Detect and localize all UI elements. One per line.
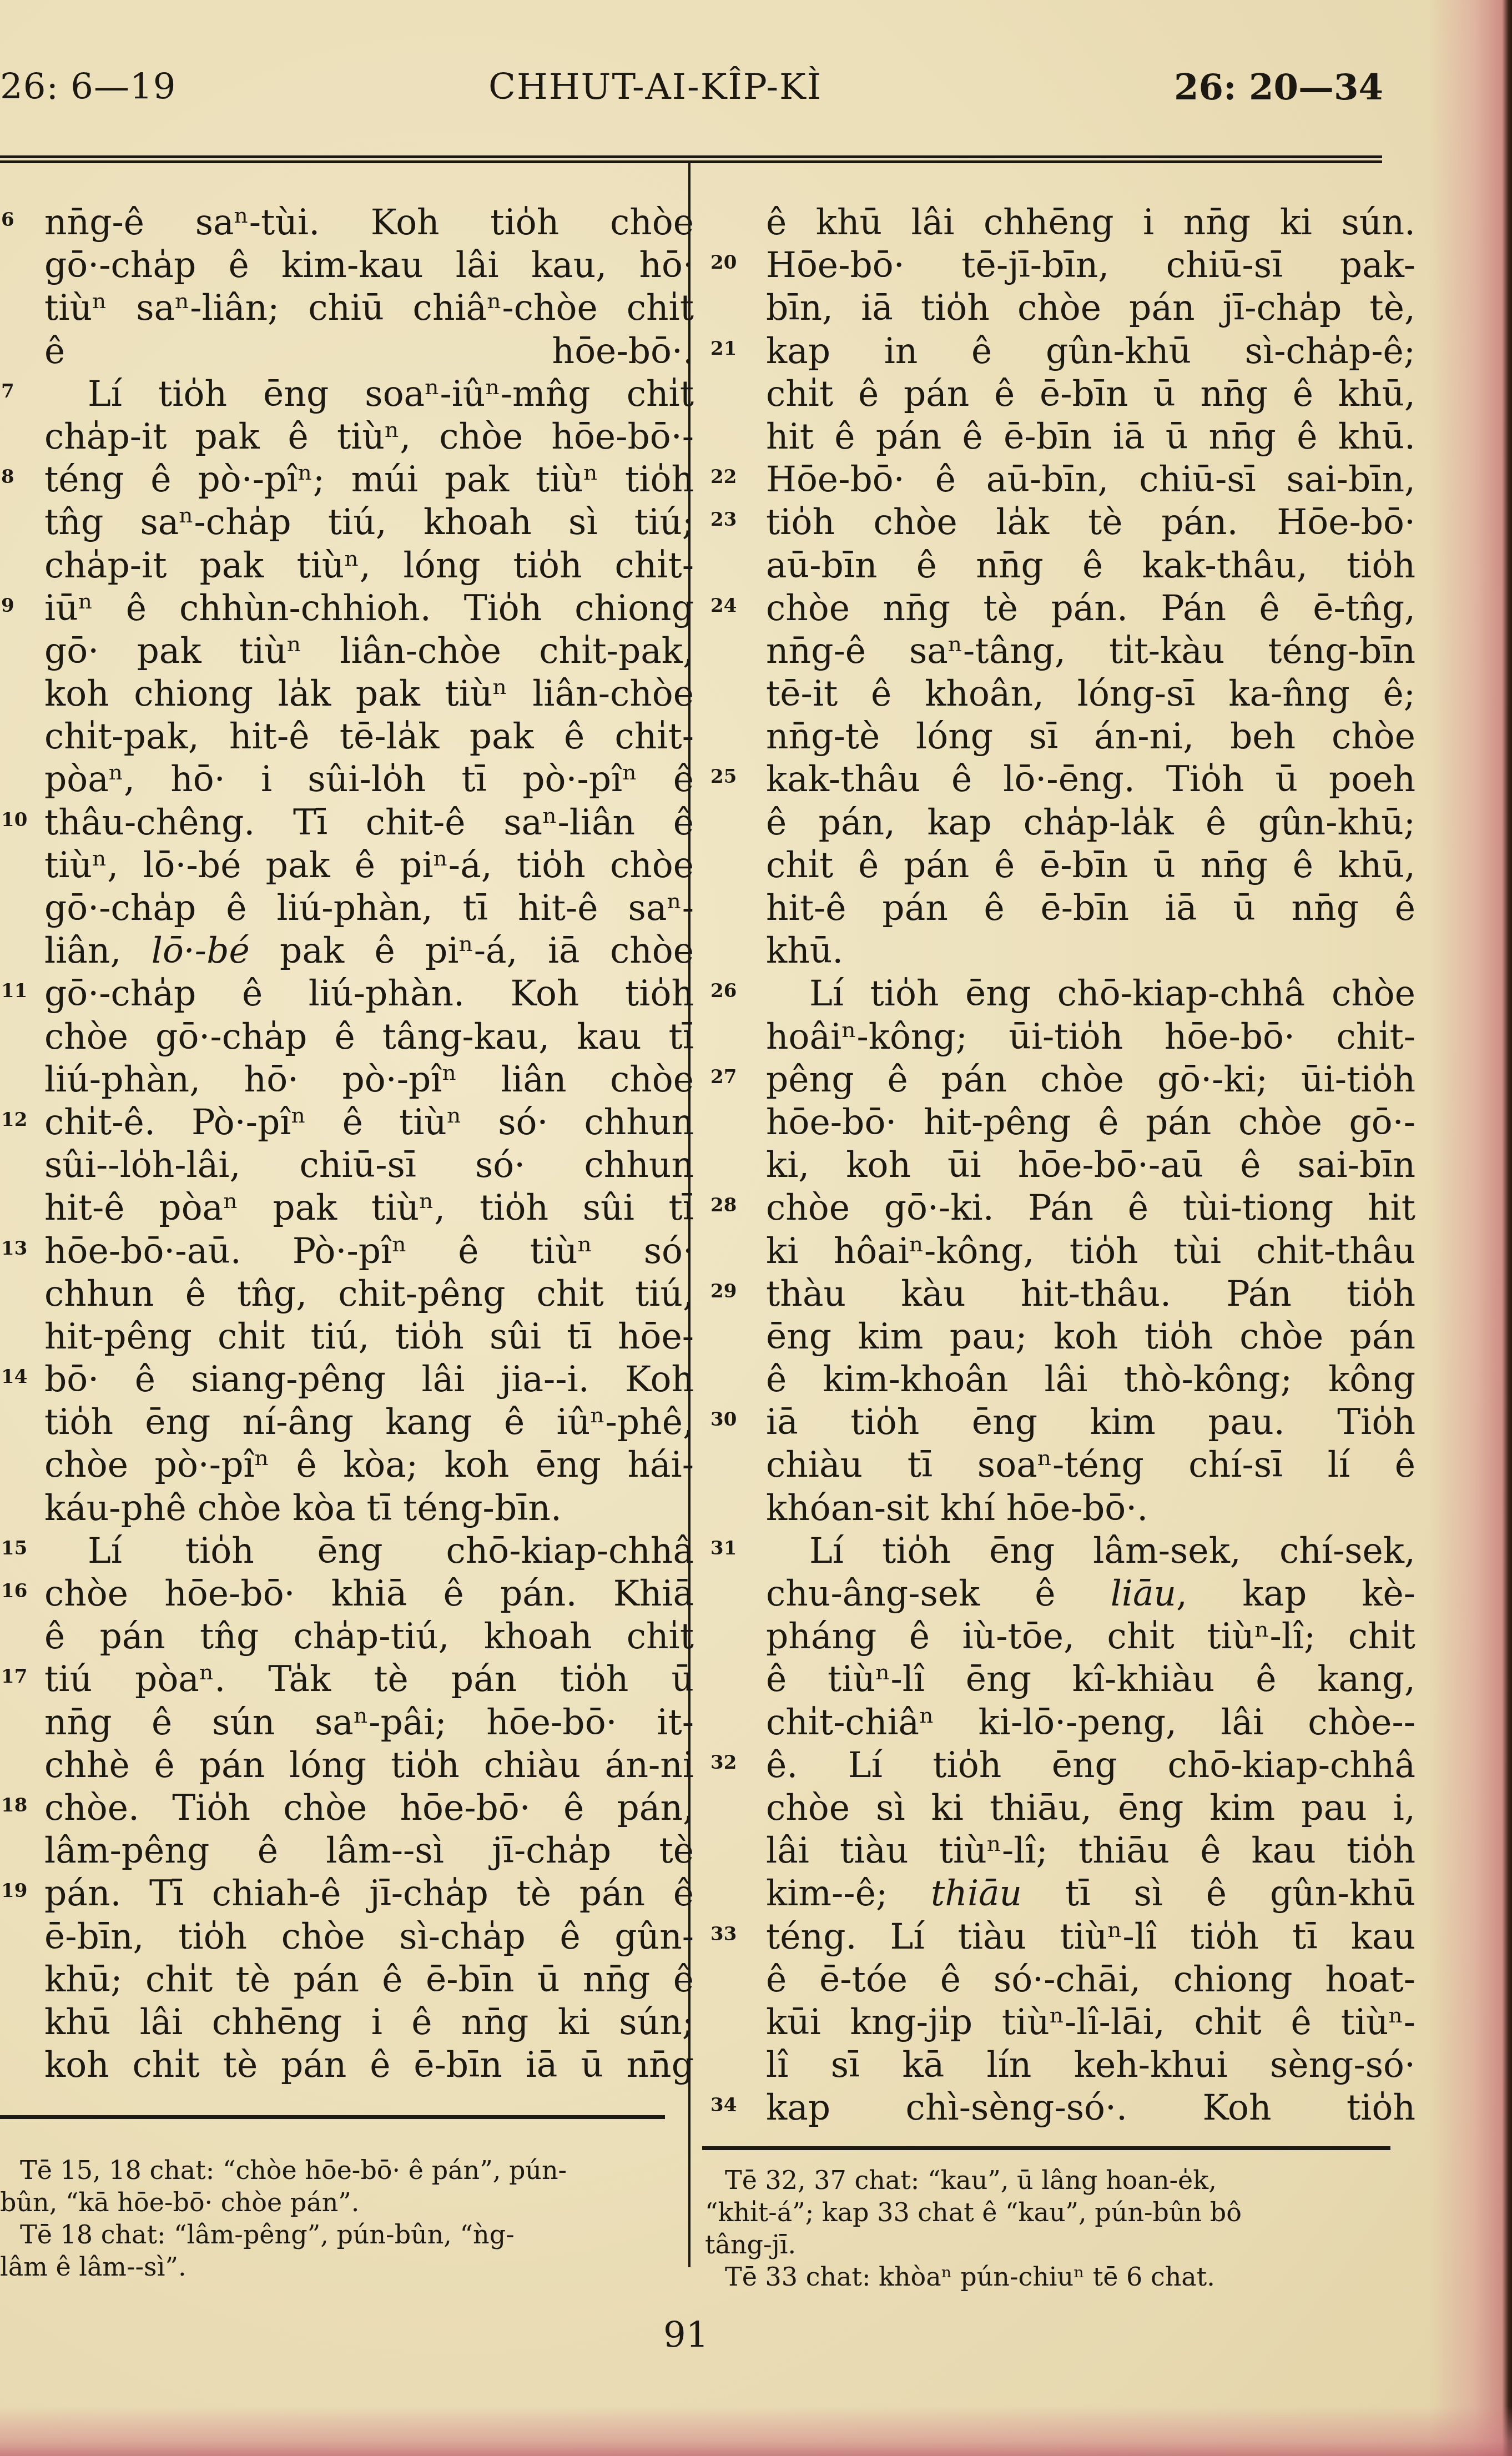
line-text: tio̍h chòe la̍k tè pán. Hōe-bō· (766, 501, 1415, 543)
line-text: ê ē-tóe ê só·-chāi, chiong hoat- (766, 1958, 1415, 2001)
text-line: lâm-pêng ê lâm--sì jī-cha̍p tè (44, 1829, 694, 1872)
verse-number: 18 (1, 1784, 27, 1827)
text-line: bīn, iā tio̍h chòe pán jī-cha̍p tè, (766, 286, 1415, 329)
verse-number: 6 (1, 199, 14, 241)
line-text: ê hōe-bō·. (44, 330, 694, 373)
line-text: ē-bīn, tio̍h chòe sì-cha̍p ê gûn- (44, 1915, 694, 1958)
text-line: ê ē-tóe ê só·-chāi, chiong hoat- (766, 1958, 1415, 2001)
line-text: ki, koh ūi hōe-bō·-aū ê sai-bīn (766, 1144, 1415, 1186)
verse-number: 19 (1, 1870, 27, 1913)
text-line: cha̍p-it pak ê tiùⁿ, chòe hōe-bō·- (44, 415, 694, 458)
text-line: koh chi̍t tè pán ê ē-bīn iā ū nn̄g (44, 2044, 694, 2086)
text-line: lâi tiàu tiùⁿ-lî; thiāu ê kau tio̍h (766, 1829, 1415, 1872)
text-line: chiàu tī soaⁿ-téng chí-sī lí ê (766, 1443, 1415, 1486)
line-text: Lí tio̍h ēng chō-kiap-chhâ chòe (809, 972, 1415, 1015)
line-text: bīn, iā tio̍h chòe pán jī-cha̍p tè, (766, 286, 1415, 329)
line-text: chhun ê tn̂g, chit-pêng chi̍t tiú, (44, 1272, 694, 1315)
line-text: kap in ê gûn-khū sì-cha̍p-ê; (766, 330, 1415, 373)
line-text: kap chì-sèng-só·. Koh tio̍h (766, 2086, 1415, 2129)
page-edge-stain (1429, 0, 1512, 2456)
line-text: khū lâi chhēng i ê nn̄g ki sún; (44, 2001, 694, 2044)
text-line: 15Lí tio̍h ēng chō-kiap-chhâ (44, 1529, 694, 1572)
italic-word: lō·-bé (152, 930, 250, 971)
verse-number: 24 (710, 585, 737, 627)
text-line: gō·-cha̍p ê kim-kau lâi kau, hō· (44, 244, 694, 286)
text-line: aū-bīn ê nn̄g ê kak-thâu, tio̍h (766, 544, 1415, 587)
line-text: hit-pêng chi̍t tiú, tio̍h sûi tī hōe- (44, 1315, 694, 1358)
verse-number: 7 (1, 370, 14, 413)
text-line: gō·-cha̍p ê liú-phàn, tī hit-ê saⁿ- (44, 887, 694, 929)
verse-number: 33 (710, 1913, 737, 1956)
footnote-line: tâng-jī. (705, 2228, 1388, 2261)
text-line: khū. (766, 929, 1415, 972)
line-text: sûi--lo̍h-lâi, chiū-sī só· chhun (44, 1144, 694, 1186)
line-text: ê tiùⁿ-lî ēng kî-khiàu ê kang, (766, 1658, 1415, 1700)
line-text: tn̂g saⁿ-cha̍p tiú, khoah sì tiú; (44, 501, 694, 543)
footnote-line: bûn, “kā hōe-bō· chòe pán”. (0, 2186, 666, 2218)
verse-number: 27 (710, 1056, 737, 1099)
text-line: 18chòe. Tio̍h chòe hōe-bō· ê pán, (44, 1786, 694, 1829)
text-line: chòe pò·-pîⁿ ê kòa; koh ēng hái- (44, 1443, 694, 1486)
text-line: chi̍t ê pán ê ē-bīn ū nn̄g ê khū, (766, 844, 1415, 887)
text-line: 8téng ê pò·-pîⁿ; múi pak tiùⁿ tio̍h (44, 458, 694, 501)
line-text: ê kim-khoân lâi thò-kông; kông (766, 1358, 1415, 1401)
text-line: 6nn̄g-ê saⁿ-tùi. Koh tio̍h chòe (44, 201, 694, 244)
text-line: ê pán, kap cha̍p-la̍k ê gûn-khū; (766, 801, 1415, 844)
line-text: gō· pak tiùⁿ liân-chòe chi̍t-pak, (44, 630, 694, 672)
text-line: ê hōe-bō·. (44, 330, 694, 373)
line-text: lâm-pêng ê lâm--sì jī-cha̍p tè (44, 1829, 694, 1872)
text-line: liú-phàn, hō· pò·-pîⁿ liân chòe (44, 1058, 694, 1101)
line-text: Lí tio̍h ēng soaⁿ-iûⁿ-mn̂g chi̍t (88, 373, 694, 415)
header-book-title: CHHUT-AI-KÎP-KÌ (488, 67, 822, 108)
text-line: 20Hōe-bō· tē-jī-bīn, chiū-sī pak- (766, 244, 1415, 286)
footnote-line: Tē 15, 18 chat: “chòe hōe-bō· ê pán”, pú… (0, 2154, 666, 2186)
text-line: kim--ê; thiāu tī sì ê gûn-khū (766, 1872, 1415, 1915)
footnote-line: lâm ê lâm--sì”. (0, 2251, 666, 2283)
line-text: tiùⁿ saⁿ-liân; chiū chiâⁿ-chòe chi̍t (44, 286, 694, 329)
line-text: bō· ê siang-pêng lâi jia--i. Koh (44, 1358, 694, 1401)
text-line: 28chòe gō·-ki. Pán ê tùi-tiong hit (766, 1186, 1415, 1229)
text-line: 34kap chì-sèng-só·. Koh tio̍h (766, 2086, 1415, 2129)
left-text-column: 6nn̄g-ê saⁿ-tùi. Koh tio̍h chòegō·-cha̍p… (44, 201, 694, 2086)
verse-number: 12 (1, 1099, 27, 1141)
verse-number: 31 (710, 1527, 737, 1570)
line-text: hit-ê pán ê ē-bīn iā ū nn̄g ê (766, 887, 1415, 929)
line-text: chi̍t-pak, hit-ê tē-la̍k pak ê chi̍t- (44, 715, 694, 758)
footnote-line: “khi̍t-á”; kap 33 chat ê “kau”, pún-bûn … (705, 2196, 1388, 2228)
verse-number: 29 (710, 1270, 737, 1313)
text-line: ê pán tn̂g cha̍p-tiú, khoah chi̍t (44, 1615, 694, 1658)
text-line: pháng ê iù-tōe, chi̍t tiùⁿ-lî; chi̍t (766, 1615, 1415, 1658)
verse-number: 15 (1, 1527, 27, 1570)
header-double-rule (0, 155, 1382, 163)
text-line: tiùⁿ, lō·-bé pak ê piⁿ-á, tio̍h chòe (44, 844, 694, 887)
verse-number: 30 (710, 1398, 737, 1441)
line-text: tiú pòaⁿ. Ta̍k tè pán tio̍h ū (44, 1658, 694, 1700)
verse-number: 10 (1, 799, 27, 842)
verse-number: 34 (710, 2084, 737, 2127)
book-page: 26: 6—19 CHHUT-AI-KÎP-KÌ 26: 20—34 6nn̄g… (0, 0, 1512, 2456)
verse-number: 11 (1, 970, 27, 1013)
text-line: cha̍p-it pak tiùⁿ, lóng tio̍h chi̍t- (44, 544, 694, 587)
line-text: hoâiⁿ-kông; ūi-tio̍h hōe-bō· chi̍t- (766, 1015, 1415, 1058)
line-text: nn̄g-tè lóng sī án-ni, beh chòe (766, 715, 1415, 758)
verse-number: 13 (1, 1227, 27, 1270)
verse-number: 20 (710, 241, 737, 284)
text-line: 10thâu-chêng. Tī chit-ê saⁿ-liân ê (44, 801, 694, 844)
verse-number: 25 (710, 756, 737, 798)
line-text: hit ê pán ê ē-bīn iā ū nn̄g ê khū. (766, 415, 1415, 458)
verse-number: 32 (710, 1742, 737, 1784)
page-number: 91 (663, 2315, 708, 2356)
text-line: liân, lō·-bé pak ê piⁿ-á, iā chòe (44, 929, 694, 972)
text-line: chu-âng-sek ê liāu, kap kè- (766, 1572, 1415, 1615)
text-line: 30iā tio̍h ēng kim pau. Tio̍h (766, 1401, 1415, 1443)
line-text: pêng ê pán chòe gō·-ki; ūi-tio̍h (766, 1058, 1415, 1101)
text-line: chi̍t-chiâⁿ ki-lō·-peng, lâi chòe-- (766, 1701, 1415, 1744)
text-line: 16chòe hōe-bō· khiā ê pán. Khiā (44, 1572, 694, 1615)
footnote-rule-left (0, 2115, 665, 2119)
text-line: 23tio̍h chòe la̍k tè pán. Hōe-bō· (766, 501, 1415, 543)
text-line: chi̍t ê pán ê ē-bīn ū nn̄g ê khū, (766, 373, 1415, 415)
text-line: nn̄g-ê saⁿ-tâng, ti̍t-kàu téng-bīn (766, 630, 1415, 672)
text-line: 11gō·-cha̍p ê liú-phàn. Koh tio̍h (44, 972, 694, 1015)
line-text: khū. (766, 929, 1415, 972)
text-line: 12chi̍t-ê. Pò·-pîⁿ ê tiùⁿ só· chhun (44, 1101, 694, 1144)
text-line: 29thàu kàu hit-thâu. Pán tio̍h (766, 1272, 1415, 1315)
text-line: nn̄g-tè lóng sī án-ni, beh chòe (766, 715, 1415, 758)
line-text: gō·-cha̍p ê liú-phàn, tī hit-ê saⁿ- (44, 887, 694, 929)
line-text: hit-ê pòaⁿ pak tiùⁿ, tio̍h sûi tī (44, 1186, 694, 1229)
line-text: koh chi̍t tè pán ê ē-bīn iā ū nn̄g (44, 2044, 694, 2086)
header-right-reference: 26: 20—34 (1174, 67, 1383, 108)
text-line: hit-pêng chi̍t tiú, tio̍h sûi tī hōe- (44, 1315, 694, 1358)
line-text: lâi tiàu tiùⁿ-lî; thiāu ê kau tio̍h (766, 1829, 1415, 1872)
verse-number: 9 (1, 585, 14, 627)
line-text: Lí tio̍h ēng lâm-sek, chí-sek, (809, 1529, 1415, 1572)
text-line: 27pêng ê pán chòe gō·-ki; ūi-tio̍h (766, 1058, 1415, 1101)
line-text: thâu-chêng. Tī chit-ê saⁿ-liân ê (44, 801, 694, 844)
line-text: chòe nn̄g tè pán. Pán ê ē-tn̂g, (766, 587, 1415, 630)
header-left-reference: 26: 6—19 (0, 67, 177, 108)
text-line: nn̄g ê sún saⁿ-pâi; hōe-bō· it- (44, 1701, 694, 1744)
line-text: káu-phê chòe kòa tī téng-bīn. (44, 1487, 694, 1529)
text-line: tio̍h ēng ní-âng kang ê iûⁿ-phê, (44, 1401, 694, 1443)
text-line: 13hōe-bō·-aū. Pò·-pîⁿ ê tiùⁿ só· (44, 1230, 694, 1272)
line-text: Hōe-bō· tē-jī-bīn, chiū-sī pak- (766, 244, 1415, 286)
text-line: ēng kim pau; koh tio̍h chòe pán (766, 1315, 1415, 1358)
line-text: liú-phàn, hō· pò·-pîⁿ liân chòe (44, 1058, 694, 1101)
text-line: hit-ê pòaⁿ pak tiùⁿ, tio̍h sûi tī (44, 1186, 694, 1229)
line-text: chòe hōe-bō· khiā ê pán. Khiā (44, 1572, 694, 1615)
verse-number: 16 (1, 1570, 27, 1613)
line-text: chi̍t-ê. Pò·-pîⁿ ê tiùⁿ só· chhun (44, 1101, 694, 1144)
line-text: chòe gō·-cha̍p ê tâng-kau, kau tī (44, 1015, 694, 1058)
text-line: koh chiong la̍k pak tiùⁿ liân-chòe (44, 672, 694, 715)
text-line: chòe sì ki thiāu, ēng kim pau i, (766, 1786, 1415, 1829)
line-text: gō·-cha̍p ê kim-kau lâi kau, hō· (44, 244, 694, 286)
text-line: 22Hōe-bō· ê aū-bīn, chiū-sī sai-bīn, (766, 458, 1415, 501)
line-text: pán. Tī chiah-ê jī-cha̍p tè pán ê (44, 1872, 694, 1915)
line-text: chi̍t ê pán ê ē-bīn ū nn̄g ê khū, (766, 373, 1415, 415)
text-line: tn̂g saⁿ-cha̍p tiú, khoah sì tiú; (44, 501, 694, 543)
line-text: ê khū lâi chhēng i nn̄g ki sún. (766, 201, 1415, 244)
text-line: 9iūⁿ ê chhùn-chhioh. Tio̍h chiong (44, 587, 694, 630)
text-line: chhun ê tn̂g, chit-pêng chi̍t tiú, (44, 1272, 694, 1315)
line-text: khū; chi̍t tè pán ê ē-bīn ū nn̄g ê (44, 1958, 694, 2001)
footnote-line: Tē 32, 37 chat: “kau”, ū lâng hoan-e̍k, (705, 2164, 1388, 2196)
line-text: ēng kim pau; koh tio̍h chòe pán (766, 1315, 1415, 1358)
text-line: khū lâi chhēng i ê nn̄g ki sún; (44, 2001, 694, 2044)
text-line: ê khū lâi chhēng i nn̄g ki sún. (766, 201, 1415, 244)
line-text: aū-bīn ê nn̄g ê kak-thâu, tio̍h (766, 544, 1415, 587)
line-text: chòe gō·-ki. Pán ê tùi-tiong hit (766, 1186, 1415, 1229)
footnote-line: Tē 18 chat: “lâm-pêng”, pún-bûn, “ǹg- (0, 2218, 666, 2251)
line-text: chòe sì ki thiāu, ēng kim pau i, (766, 1786, 1415, 1829)
running-header: 26: 6—19 CHHUT-AI-KÎP-KÌ 26: 20—34 (0, 67, 1388, 122)
text-line: 31Lí tio̍h ēng lâm-sek, chí-sek, (766, 1529, 1415, 1572)
text-line: ê kim-khoân lâi thò-kông; kông (766, 1358, 1415, 1401)
text-line: kūi kng-ji̍p tiùⁿ-lî-lāi, chi̍t ê tiùⁿ- (766, 2001, 1415, 2044)
line-text: chi̍t-chiâⁿ ki-lō·-peng, lâi chòe-- (766, 1701, 1415, 1744)
text-line: sûi--lo̍h-lâi, chiū-sī só· chhun (44, 1144, 694, 1186)
line-text: iā tio̍h ēng kim pau. Tio̍h (766, 1401, 1415, 1443)
text-line: 25kak-thâu ê lō·-ēng. Tio̍h ū poeh (766, 758, 1415, 801)
footnote-rule-right (702, 2146, 1390, 2150)
line-text: ki hôaiⁿ-kông, tio̍h tùi chi̍t-thâu (766, 1230, 1415, 1272)
line-text: ê. Lí tio̍h ēng chō-kiap-chhâ (766, 1744, 1415, 1786)
line-text: chòe pò·-pîⁿ ê kòa; koh ēng hái- (44, 1443, 694, 1486)
line-text: chi̍t ê pán ê ē-bīn ū nn̄g ê khū, (766, 844, 1415, 887)
text-line: tē-it ê khoân, lóng-sī ka-n̂ng ê; (766, 672, 1415, 715)
verse-number: 28 (710, 1184, 737, 1227)
italic-word: thiāu (931, 1873, 1022, 1914)
line-text: téng ê pò·-pîⁿ; múi pak tiùⁿ tio̍h (44, 458, 694, 501)
text-line: 17tiú pòaⁿ. Ta̍k tè pán tio̍h ū (44, 1658, 694, 1700)
text-line: ē-bīn, tio̍h chòe sì-cha̍p ê gûn- (44, 1915, 694, 1958)
text-line: káu-phê chòe kòa tī téng-bīn. (44, 1487, 694, 1529)
text-line: ê tiùⁿ-lî ēng kî-khiàu ê kang, (766, 1658, 1415, 1700)
text-line: ki hôaiⁿ-kông, tio̍h tùi chi̍t-thâu (766, 1230, 1415, 1272)
text-line: hōe-bō· hit-pêng ê pán chòe gō·- (766, 1101, 1415, 1144)
line-text: téng. Lí tiàu tiùⁿ-lî tio̍h tī kau (766, 1915, 1415, 1958)
text-line: 7Lí tio̍h ēng soaⁿ-iûⁿ-mn̂g chi̍t (44, 373, 694, 415)
line-text: lî sī kā lín keh-khui sèng-só· (766, 2044, 1415, 2086)
italic-word: liāu (1111, 1573, 1176, 1614)
line-text: khóan-sit khí hōe-bō·. (766, 1487, 1415, 1529)
text-line: hit ê pán ê ē-bīn iā ū nn̄g ê khū. (766, 415, 1415, 458)
text-line: gō· pak tiùⁿ liân-chòe chi̍t-pak, (44, 630, 694, 672)
text-line: hoâiⁿ-kông; ūi-tio̍h hōe-bō· chi̍t- (766, 1015, 1415, 1058)
right-text-column: ê khū lâi chhēng i nn̄g ki sún.20Hōe-bō·… (766, 201, 1415, 2129)
line-text: tio̍h ēng ní-âng kang ê iûⁿ-phê, (44, 1401, 694, 1443)
line-text: tē-it ê khoân, lóng-sī ka-n̂ng ê; (766, 672, 1415, 715)
footnotes-right: Tē 32, 37 chat: “kau”, ū lâng hoan-e̍k,“… (705, 2164, 1388, 2293)
verse-number: 26 (710, 970, 737, 1013)
line-text: kim--ê; thiāu tī sì ê gûn-khū (766, 1872, 1415, 1915)
text-line: 19pán. Tī chiah-ê jī-cha̍p tè pán ê (44, 1872, 694, 1915)
line-text: nn̄g ê sún saⁿ-pâi; hōe-bō· it- (44, 1701, 694, 1744)
text-line: lî sī kā lín keh-khui sèng-só· (766, 2044, 1415, 2086)
line-text: pòaⁿ, hō· i sûi-lo̍h tī pò·-pîⁿ ê (44, 758, 694, 801)
line-text: cha̍p-it pak tiùⁿ, lóng tio̍h chi̍t- (44, 544, 694, 587)
text-line: khóan-sit khí hōe-bō·. (766, 1487, 1415, 1529)
text-line: ki, koh ūi hōe-bō·-aū ê sai-bīn (766, 1144, 1415, 1186)
line-text: hōe-bō·-aū. Pò·-pîⁿ ê tiùⁿ só· (44, 1230, 694, 1272)
line-text: thàu kàu hit-thâu. Pán tio̍h (766, 1272, 1415, 1315)
text-line: chi̍t-pak, hit-ê tē-la̍k pak ê chi̍t- (44, 715, 694, 758)
text-line: chhè ê pán lóng tio̍h chiàu án-ni (44, 1744, 694, 1786)
line-text: chhè ê pán lóng tio̍h chiàu án-ni (44, 1744, 694, 1786)
line-text: gō·-cha̍p ê liú-phàn. Koh tio̍h (44, 972, 694, 1015)
text-line: 21kap in ê gûn-khū sì-cha̍p-ê; (766, 330, 1415, 373)
line-text: koh chiong la̍k pak tiùⁿ liân-chòe (44, 672, 694, 715)
line-text: nn̄g-ê saⁿ-tùi. Koh tio̍h chòe (44, 201, 694, 244)
text-line: 14bō· ê siang-pêng lâi jia--i. Koh (44, 1358, 694, 1401)
footnotes-left: Tē 15, 18 chat: “chòe hōe-bō· ê pán”, pú… (0, 2154, 666, 2283)
line-text: chòe. Tio̍h chòe hōe-bō· ê pán, (44, 1786, 694, 1829)
text-line: 32ê. Lí tio̍h ēng chō-kiap-chhâ (766, 1744, 1415, 1786)
text-line: chòe gō·-cha̍p ê tâng-kau, kau tī (44, 1015, 694, 1058)
line-text: liân, lō·-bé pak ê piⁿ-á, iā chòe (44, 929, 694, 972)
verse-number: 8 (1, 456, 14, 499)
line-text: chiàu tī soaⁿ-téng chí-sī lí ê (766, 1443, 1415, 1486)
line-text: kūi kng-ji̍p tiùⁿ-lî-lāi, chi̍t ê tiùⁿ- (766, 2001, 1415, 2044)
page-bottom-stain (0, 2406, 1512, 2456)
line-text: ê pán, kap cha̍p-la̍k ê gûn-khū; (766, 801, 1415, 844)
line-text: Lí tio̍h ēng chō-kiap-chhâ (88, 1529, 694, 1572)
line-text: ê pán tn̂g cha̍p-tiú, khoah chi̍t (44, 1615, 694, 1658)
text-line: 24chòe nn̄g tè pán. Pán ê ē-tn̂g, (766, 587, 1415, 630)
text-line: 33téng. Lí tiàu tiùⁿ-lî tio̍h tī kau (766, 1915, 1415, 1958)
verse-number: 17 (1, 1655, 27, 1698)
text-line: pòaⁿ, hō· i sûi-lo̍h tī pò·-pîⁿ ê (44, 758, 694, 801)
verse-number: 21 (710, 328, 737, 370)
line-text: hōe-bō· hit-pêng ê pán chòe gō·- (766, 1101, 1415, 1144)
line-text: kak-thâu ê lō·-ēng. Tio̍h ū poeh (766, 758, 1415, 801)
line-text: nn̄g-ê saⁿ-tâng, ti̍t-kàu téng-bīn (766, 630, 1415, 672)
text-line: khū; chi̍t tè pán ê ē-bīn ū nn̄g ê (44, 1958, 694, 2001)
verse-number: 22 (710, 456, 737, 499)
line-text: pháng ê iù-tōe, chi̍t tiùⁿ-lî; chi̍t (766, 1615, 1415, 1658)
line-text: Hōe-bō· ê aū-bīn, chiū-sī sai-bīn, (766, 458, 1415, 501)
line-text: chu-âng-sek ê liāu, kap kè- (766, 1572, 1415, 1615)
line-text: tiùⁿ, lō·-bé pak ê piⁿ-á, tio̍h chòe (44, 844, 694, 887)
text-line: tiùⁿ saⁿ-liân; chiū chiâⁿ-chòe chi̍t (44, 286, 694, 329)
verse-number: 14 (1, 1356, 27, 1398)
footnote-line: Tē 33 chat: khòaⁿ pún-chiuⁿ tē 6 chat. (705, 2261, 1388, 2293)
verse-number: 23 (710, 499, 737, 541)
line-text: iūⁿ ê chhùn-chhioh. Tio̍h chiong (44, 587, 694, 630)
line-text: cha̍p-it pak ê tiùⁿ, chòe hōe-bō·- (44, 415, 694, 458)
text-line: 26Lí tio̍h ēng chō-kiap-chhâ chòe (766, 972, 1415, 1015)
text-line: hit-ê pán ê ē-bīn iā ū nn̄g ê (766, 887, 1415, 929)
